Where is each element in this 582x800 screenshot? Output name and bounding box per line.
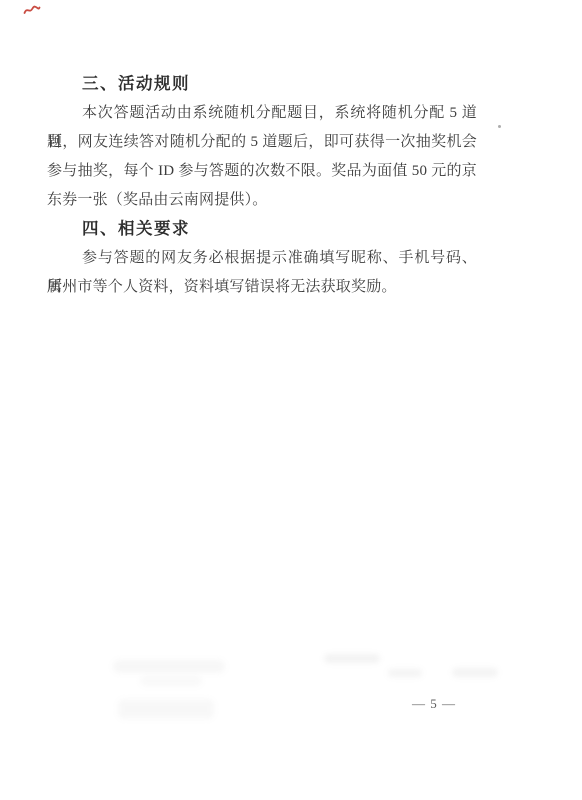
text-line: 属州市等个人资料，资料填写错误将无法获取奖励。 — [47, 273, 477, 302]
scan-smudge — [140, 676, 202, 686]
scan-smudge — [113, 660, 225, 673]
scanned-document-page: 三、活动规则 本次答题活动由系统随机分配题目，系统将随机分配 5 道题 目，网友… — [0, 0, 582, 800]
scan-speckle — [498, 125, 501, 128]
text-line: 参与答题的网友务必根据提示准确填写昵称、手机号码、所 — [47, 244, 477, 273]
text-line: 目，网友连续答对随机分配的 5 道题后，即可获得一次抽奖机会 — [47, 128, 477, 157]
text-line: 东券一张（奖品由云南网提供）。 — [47, 186, 477, 215]
page-number: — 5 — — [412, 696, 456, 712]
red-ink-mark — [23, 4, 41, 17]
section-3-heading: 三、活动规则 — [47, 70, 477, 99]
scan-smudge — [452, 668, 498, 677]
scan-smudge — [324, 654, 380, 663]
section-4-heading: 四、相关要求 — [47, 215, 477, 244]
text-line: 参与抽奖，每个 ID 参与答题的次数不限。奖品为面值 50 元的京 — [47, 157, 477, 186]
scan-smudge — [388, 669, 422, 677]
scan-smudge — [118, 699, 214, 719]
text-line: 本次答题活动由系统随机分配题目，系统将随机分配 5 道题 — [47, 99, 477, 128]
document-body: 三、活动规则 本次答题活动由系统随机分配题目，系统将随机分配 5 道题 目，网友… — [47, 70, 477, 302]
